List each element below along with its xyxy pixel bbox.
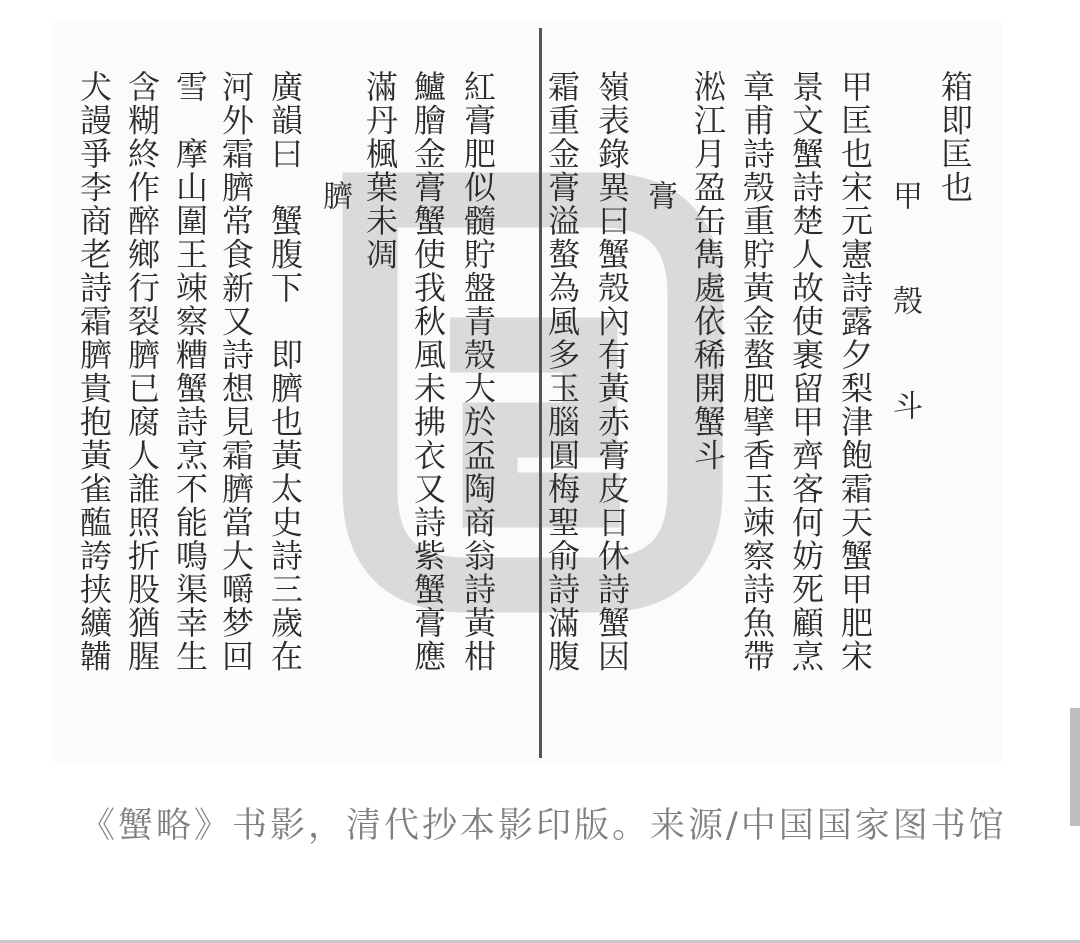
text-column: 景文蟹詩楚人故使裹留甲齊客何妨死顧烹 xyxy=(790,70,822,673)
text-column: 斗 xyxy=(889,390,919,422)
page-fold-divider xyxy=(539,28,542,758)
scrollbar-thumb[interactable] xyxy=(1070,708,1080,826)
text-column: 河外霜臍常食新又詩想見霜臍當大嚼梦回 xyxy=(220,70,252,673)
text-column: 淞江月盈缶雋處依稀開蟹斗 xyxy=(692,70,724,472)
text-column: 廣韻曰𩟣蟹腹下𩟣即臍也黃太史詩三歲在 xyxy=(269,70,301,673)
text-column: 紅膏肥似髓貯盤青殼大於盃陶商翁詩黃柑 xyxy=(462,70,494,673)
text-column: 殼 xyxy=(889,285,919,317)
text-column: 鱸膾金膏蟹使我秋風未拂衣又詩紫蟹膏應 xyxy=(412,70,444,673)
text-column: 嶺表錄異曰蟹殼內有黃赤膏皮日休詩蟹因 xyxy=(596,70,628,673)
text-column: 箱即匡也 xyxy=(939,70,971,204)
text-column: 雪𩟣摩山圍王竦察糟蟹詩烹不能鳴渠幸生 xyxy=(174,70,206,673)
text-column: 含糊終作醉鄉行裂臍已腐人誰照折股猶腥 xyxy=(126,70,158,673)
text-column: 甲 xyxy=(889,180,919,212)
text-column: 霜重金膏溢螯為風多玉腦圓梅聖俞詩滿腹 xyxy=(546,70,578,673)
text-column: 臍 xyxy=(319,180,349,212)
text-column: 甲匡也宋元憲詩露夕梨津飽霜天蟹甲肥宋 xyxy=(839,70,871,673)
image-caption: 《蟹略》书影，清代抄本影印版。来源/中国国家图书馆 xyxy=(80,795,1010,857)
text-column: 犬謾爭李商老詩霜臍貴抱黃雀醢誇挟纊韛 xyxy=(78,70,110,673)
text-column: 滿丹楓葉未凋 xyxy=(364,70,396,271)
text-column: 膏 xyxy=(644,180,674,212)
text-column: 章甫詩殼重貯黃金螯肥擘香玉竦察詩魚帶 xyxy=(741,70,773,673)
